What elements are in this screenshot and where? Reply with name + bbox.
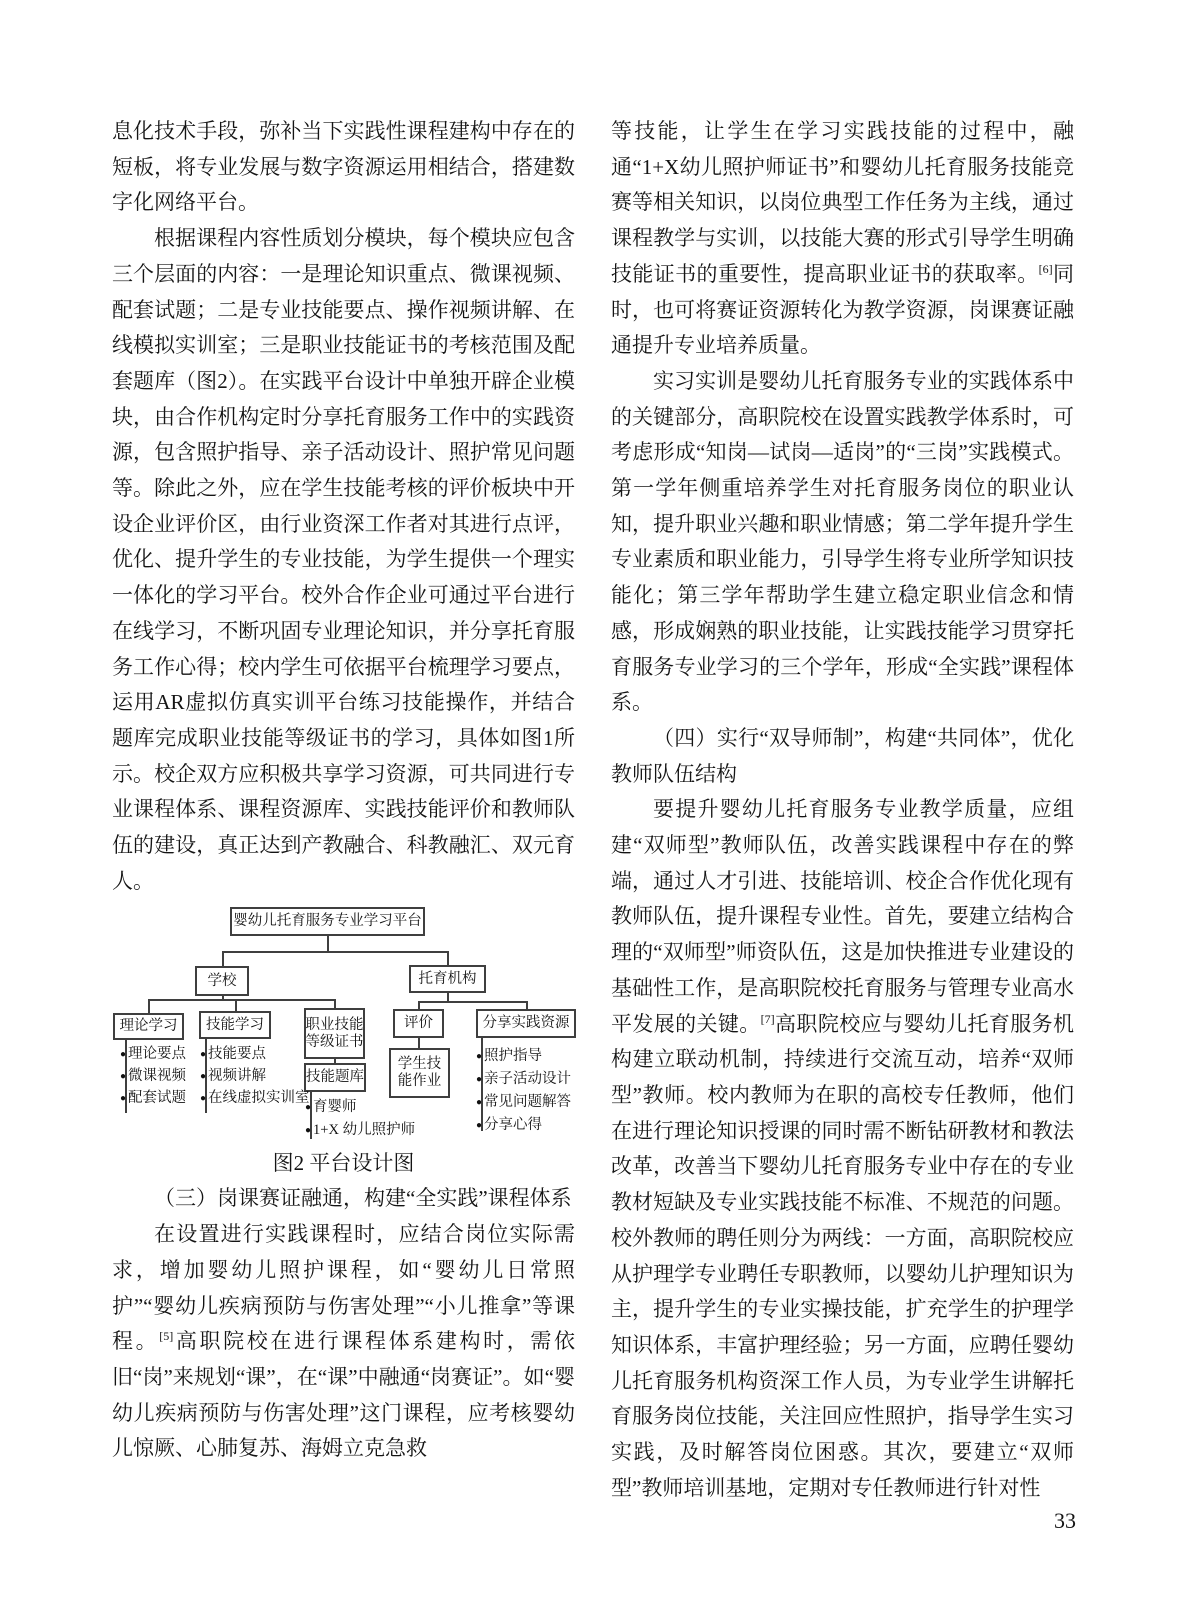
figure-box-question-bank: 技能题库 [304,1063,366,1092]
bullet-label: 技能要点 [208,1046,266,1062]
bullet-icon: ● [476,1097,482,1108]
figure-bullet-item: ●技能要点 [200,1044,266,1066]
figure-bullet-item: ●照护指导 [476,1046,542,1068]
connector-line [447,951,449,965]
figure-bullet-item: ●1+X 幼儿照护师 [305,1120,415,1142]
bullet-icon: ● [305,1125,311,1136]
paper-page: { "page": { "number": "33" }, "left": { … [0,0,1191,1616]
connector-line [334,999,336,1008]
figure-box-theory-learning: 理论学习 [113,1013,184,1040]
figure-box-childcare-org: 托育机构 [409,965,486,993]
connector-line [235,999,237,1011]
heading-text: （三）岗课赛证融通，构建“全实践”课程体系 [154,1186,572,1210]
figure-platform-design: 婴幼儿托育服务专业学习平台 学校 托育机构 理论学习 技能学习 职业技能 等级证… [112,899,575,1145]
connector-line [327,936,329,951]
connector-line [418,1038,420,1048]
figure-box-share-resources: 分享实践资源 [476,1009,576,1038]
body-text: 根据课程内容性质划分模块，每个模块应包含三个层面的内容：一是理论知识重点、微课视… [112,226,575,893]
connector-line [526,1001,528,1009]
figure-bullet-item: ●常见问题解答 [476,1092,571,1114]
connector-line [418,1001,420,1009]
bullet-icon: ● [120,1093,126,1104]
bullet-label: 常见问题解答 [484,1094,571,1110]
paragraph-continuation: 息化技术手段，弥补当下实践性课程建构中存在的短板，将专业发展与数字资源运用相结合… [112,114,575,221]
footnote-ref-7: [7] [761,1012,775,1026]
bullet-icon: ● [200,1071,206,1082]
figure-box-student-homework: 学生技 能作业 [389,1048,450,1098]
bullet-icon: ● [200,1093,206,1104]
paragraph: 要提升婴幼儿托育服务专业教学质量，应组建“双师型”教师队伍，改善实践课程中存在的… [611,792,1074,1506]
bullet-icon: ● [120,1071,126,1082]
body-text: 要提升婴幼儿托育服务专业教学质量，应组建“双师型”教师队伍，改善实践课程中存在的… [611,797,1074,1035]
footnote-ref-6: [6] [1039,262,1053,276]
body-text: 高职院校在进行课程体系建构时，需依旧“岗”来规划“课”，在“课”中融通“岗赛证”… [112,1329,575,1460]
bullet-label: 照护指导 [484,1048,542,1064]
body-text: 息化技术手段，弥补当下实践性课程建构中存在的短板，将专业发展与数字资源运用相结合… [112,119,575,214]
bullet-icon: ● [305,1102,311,1113]
figure-box-root: 婴幼儿托育服务专业学习平台 [230,907,425,936]
bullet-icon: ● [476,1051,482,1062]
bullet-label: 配套试题 [128,1090,186,1106]
figure-box-certificate: 职业技能 等级证书 [304,1008,365,1059]
connector-line [418,1001,526,1003]
left-column: 息化技术手段，弥补当下实践性课程建构中存在的短板，将专业发展与数字资源运用相结合… [112,114,575,1467]
figure-bullet-item: ●分享心得 [476,1115,542,1137]
body-text: 等技能，让学生在学习实践技能的过程中，融通“1+X幼儿照护师证书”和婴幼儿托育服… [611,119,1074,286]
figure-box-skill-learning: 技能学习 [199,1011,271,1039]
connector-line [148,999,335,1001]
section-heading-4: （四）实行“双导师制”，构建“共同体”，优化教师队伍结构 [611,721,1074,792]
heading-text: （四）实行“双导师制”，构建“共同体”，优化教师队伍结构 [611,726,1074,786]
paragraph-continuation: 等技能，让学生在学习实践技能的过程中，融通“1+X幼儿照护师证书”和婴幼儿托育服… [611,114,1074,364]
bullet-icon: ● [476,1074,482,1085]
paragraph: 在设置进行实践课程时，应结合岗位实际需求，增加婴幼儿照护课程，如“婴幼儿日常照护… [112,1217,575,1467]
page-number: 33 [1054,1508,1076,1534]
connector-line [148,999,150,1013]
figure-bullet-item: ●育婴师 [305,1097,357,1119]
paragraph: 根据课程内容性质划分模块，每个模块应包含三个层面的内容：一是理论知识重点、微课视… [112,221,575,899]
bullet-label: 在线虚拟实训室 [208,1090,310,1106]
figure-bullet-item: ●微课视频 [120,1066,186,1088]
paragraph: 实习实训是婴幼儿托育服务专业的实践体系中的关键部分，高职院校在设置实践教学体系时… [611,364,1074,721]
figure-bullet-item: ●理论要点 [120,1044,186,1066]
bullet-label: 1+X 幼儿照护师 [313,1122,415,1138]
figure-caption: 图2 平台设计图 [112,1145,575,1181]
figure-bullet-item: ●视频讲解 [200,1066,266,1088]
bullet-label: 微课视频 [128,1068,186,1084]
footnote-ref-5: [5] [159,1329,173,1343]
section-heading-3: （三）岗课赛证融通，构建“全实践”课程体系 [112,1181,575,1217]
body-text: 实习实训是婴幼儿托育服务专业的实践体系中的关键部分，高职院校在设置实践教学体系时… [611,369,1074,714]
connector-line [222,951,448,953]
bullet-icon: ● [476,1120,482,1131]
figure-bullet-item: ●亲子活动设计 [476,1069,571,1091]
figure-bullet-item: ●在线虚拟实训室 [200,1088,310,1110]
connector-line [447,993,449,1001]
figure-bullet-item: ●配套试题 [120,1088,186,1110]
bullet-label: 视频讲解 [208,1068,266,1084]
right-column: 等技能，让学生在学习实践技能的过程中，融通“1+X幼儿照护师证书”和婴幼儿托育服… [611,114,1074,1506]
figure-box-school: 学校 [195,966,249,996]
bullet-label: 育婴师 [313,1099,357,1115]
bullet-icon: ● [200,1049,206,1060]
bullet-label: 理论要点 [128,1046,186,1062]
bullet-label: 亲子活动设计 [484,1071,571,1087]
bullet-label: 分享心得 [484,1117,542,1133]
connector-line [222,951,224,966]
bullet-icon: ● [120,1049,126,1060]
figure-box-evaluation: 评价 [393,1009,444,1038]
body-text: 高职院校应与婴幼儿托育服务机构建立联动机制，持续进行交流互动，培养“双师型”教师… [611,1012,1074,1500]
